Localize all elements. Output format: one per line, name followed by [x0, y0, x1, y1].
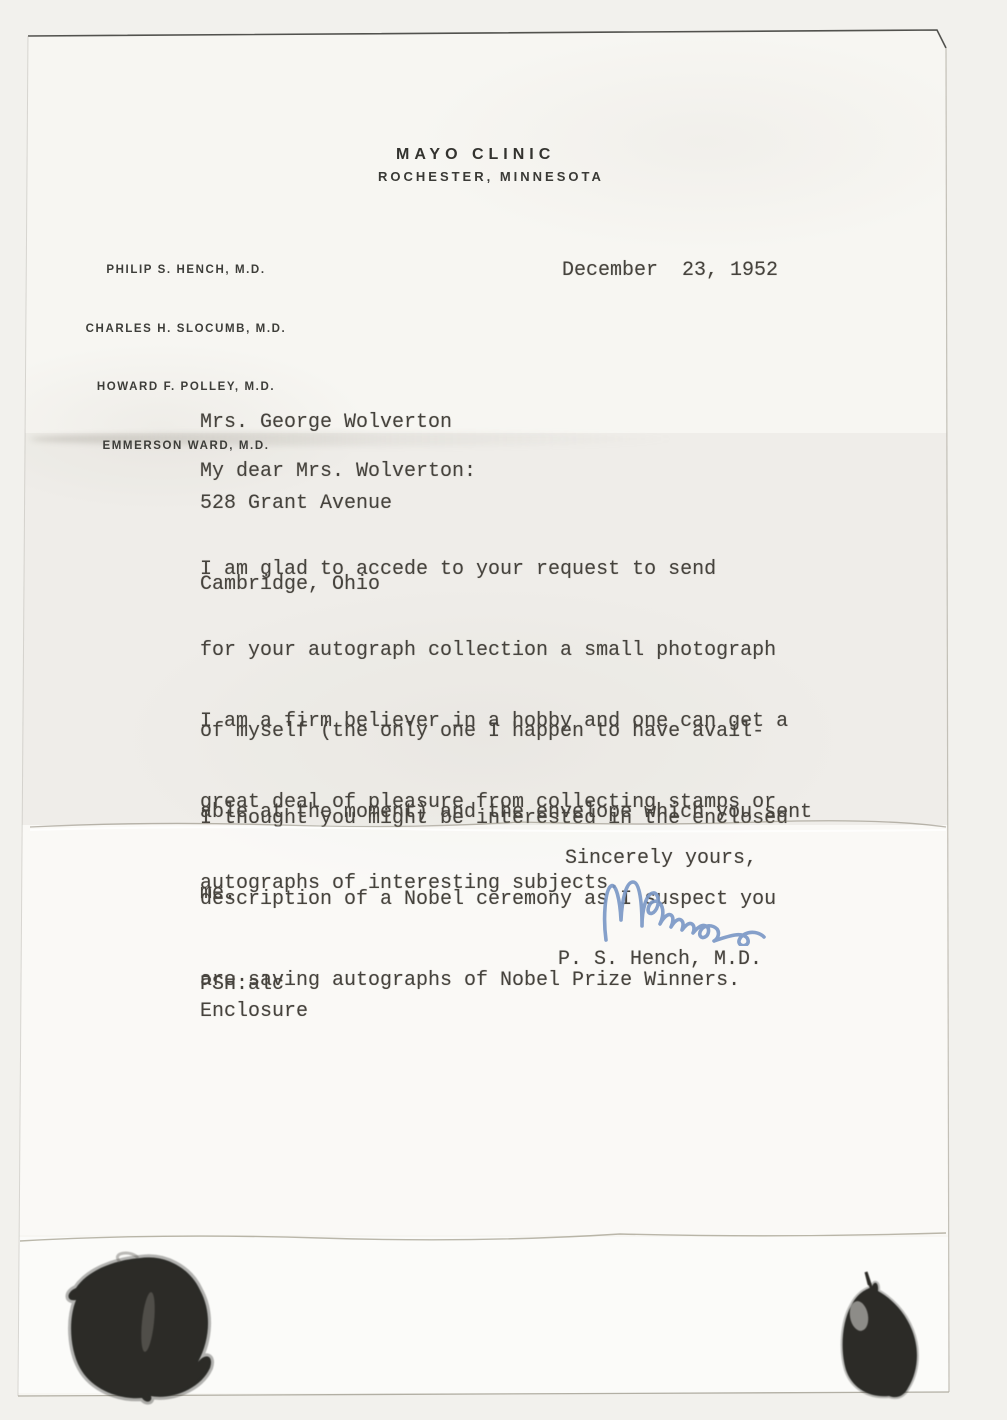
scanned-letter: MAYO CLINIC ROCHESTER, MINNESOTA PHILIP … — [0, 0, 1007, 1420]
adhesive-stain-right — [843, 1272, 917, 1397]
adhesive-stain-left — [69, 1253, 212, 1402]
stains-layer — [0, 0, 1007, 1420]
